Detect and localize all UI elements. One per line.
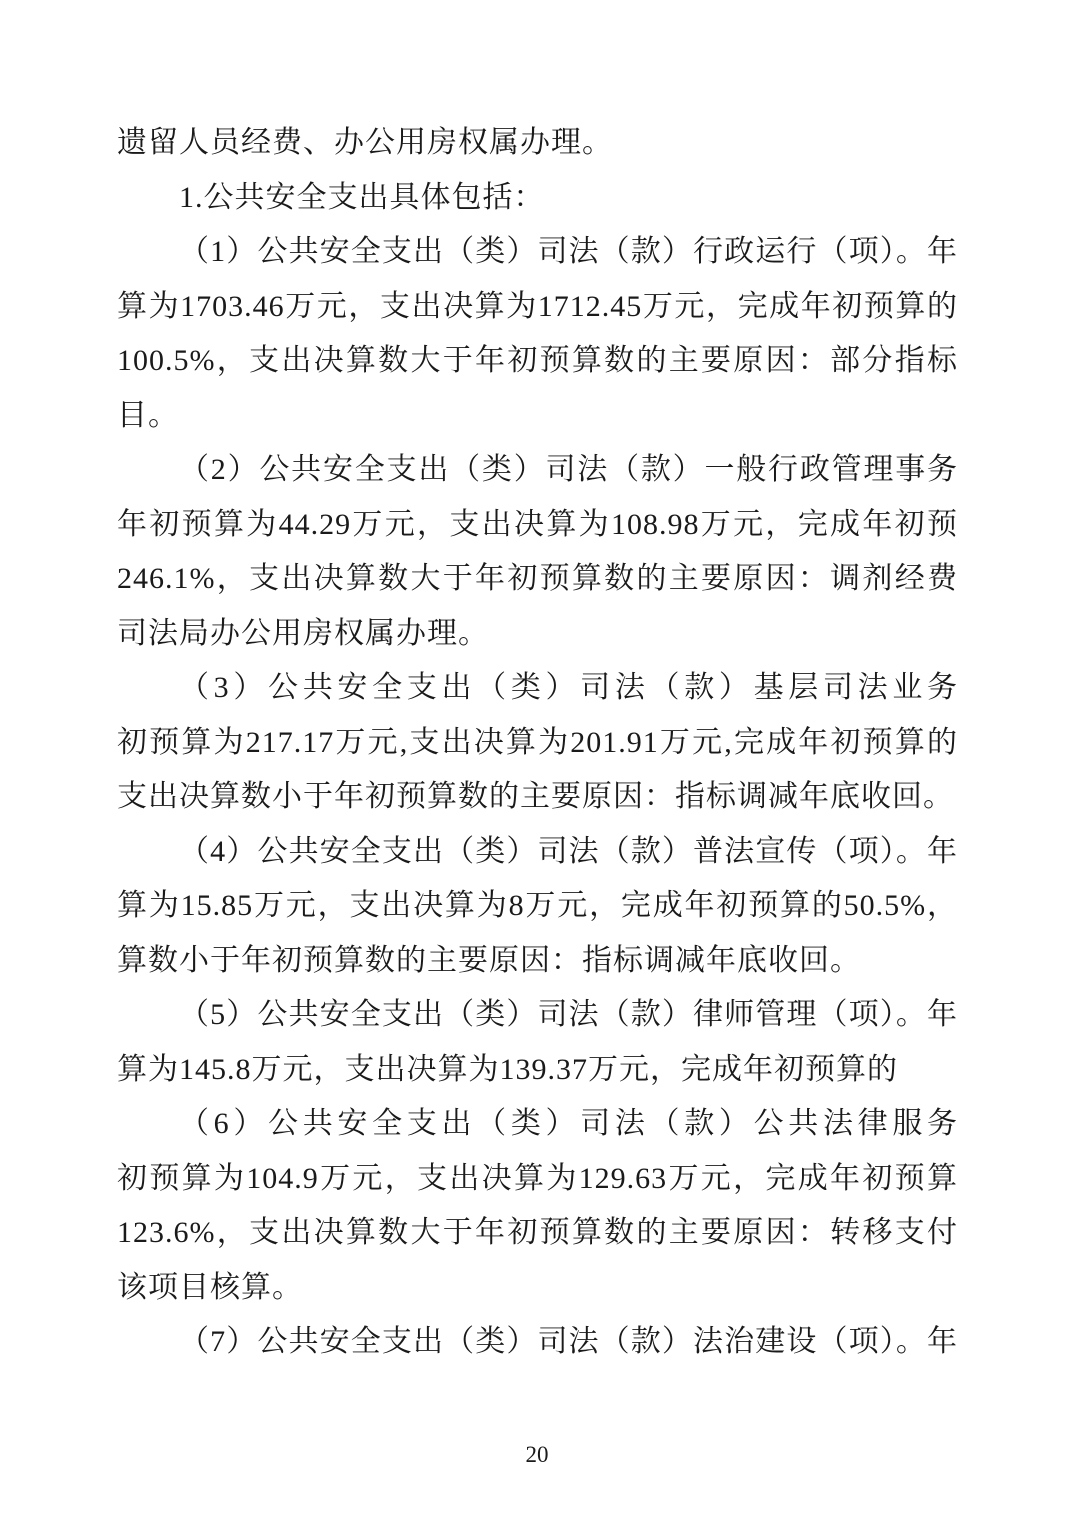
text-line: 初预算为104.9万元，支出决算为129.63万元，完成年初预算的 (117, 1152, 958, 1207)
text-line: 支出决算数小于年初预算数的主要原因：指标调减年底收回。 (117, 770, 958, 825)
paragraph-heading-1: 1.公共安全支出具体包括： (117, 171, 958, 226)
paragraph-item-3: （3）公共安全支出（类）司法（款）基层司法业务（项）。年 初预算为217.17万… (117, 661, 958, 825)
text-line: 遗留人员经费、办公用房权属办理。 (117, 116, 958, 171)
text-line: 1.公共安全支出具体包括： (117, 171, 958, 226)
paragraph-item-6: （6）公共安全支出（类）司法（款）公共法律服务（项）。年 初预算为104.9万元… (117, 1097, 958, 1315)
text-line: 初预算为217.17万元,支出决算为201.91万元,完成年初预算的93%, (117, 716, 958, 771)
paragraph-item-1: （1）公共安全支出（类）司法（款）行政运行（项）。年初预 算为1703.46万元… (117, 225, 958, 443)
paragraph-item-4: （4）公共安全支出（类）司法（款）普法宣传（项）。年初预 算为15.85万元，支… (117, 825, 958, 989)
text-line: 司法局办公用房权属办理。 (117, 607, 958, 662)
text-line: 目。 (117, 389, 958, 444)
page-number: 20 (0, 1440, 1074, 1470)
text-line: （5）公共安全支出（类）司法（款）律师管理（项）。年初预 (117, 988, 958, 1043)
text-line: 100.5%，支出决算数大于年初预算数的主要原因：部分指标调剂项 (117, 334, 958, 389)
paragraph-item-2: （2）公共安全支出（类）司法（款）一般行政管理事务（项）。 年初预算为44.29… (117, 443, 958, 661)
text-line: 123.6%，支出决算数大于年初预算数的主要原因：转移支付资金在 (117, 1206, 958, 1261)
paragraph-continuation: 遗留人员经费、办公用房权属办理。 (117, 116, 958, 171)
text-line: （2）公共安全支出（类）司法（款）一般行政管理事务（项）。 (117, 443, 958, 498)
paragraph-item-7: （7）公共安全支出（类）司法（款）法治建设（项）。年初预 (117, 1315, 958, 1370)
text-line: 246.1%，支出决算数大于年初预算数的主要原因：调剂经费用于区 (117, 552, 958, 607)
document-page: 遗留人员经费、办公用房权属办理。 1.公共安全支出具体包括： （1）公共安全支出… (0, 0, 1074, 1520)
text-line: （4）公共安全支出（类）司法（款）普法宣传（项）。年初预 (117, 825, 958, 880)
text-line: 算为145.8万元，支出决算为139.37万元，完成年初预算的95.6%。 (117, 1043, 958, 1098)
text-line: 年初预算为44.29万元，支出决算为108.98万元，完成年初预算的 (117, 498, 958, 553)
text-line: 算为15.85万元，支出决算为8万元，完成年初预算的50.5%，支出决 (117, 879, 958, 934)
text-line: （1）公共安全支出（类）司法（款）行政运行（项）。年初预 (117, 225, 958, 280)
text-line: 算为1703.46万元，支出决算为1712.45万元，完成年初预算的 (117, 280, 958, 335)
text-line: （7）公共安全支出（类）司法（款）法治建设（项）。年初预 (117, 1315, 958, 1370)
text-line: （6）公共安全支出（类）司法（款）公共法律服务（项）。年 (117, 1097, 958, 1152)
text-line: 该项目核算。 (117, 1261, 958, 1316)
page-text-body: 遗留人员经费、办公用房权属办理。 1.公共安全支出具体包括： （1）公共安全支出… (117, 116, 958, 1370)
text-line: 算数小于年初预算数的主要原因：指标调减年底收回。 (117, 934, 958, 989)
paragraph-item-5: （5）公共安全支出（类）司法（款）律师管理（项）。年初预 算为145.8万元，支… (117, 988, 958, 1097)
text-line: （3）公共安全支出（类）司法（款）基层司法业务（项）。年 (117, 661, 958, 716)
